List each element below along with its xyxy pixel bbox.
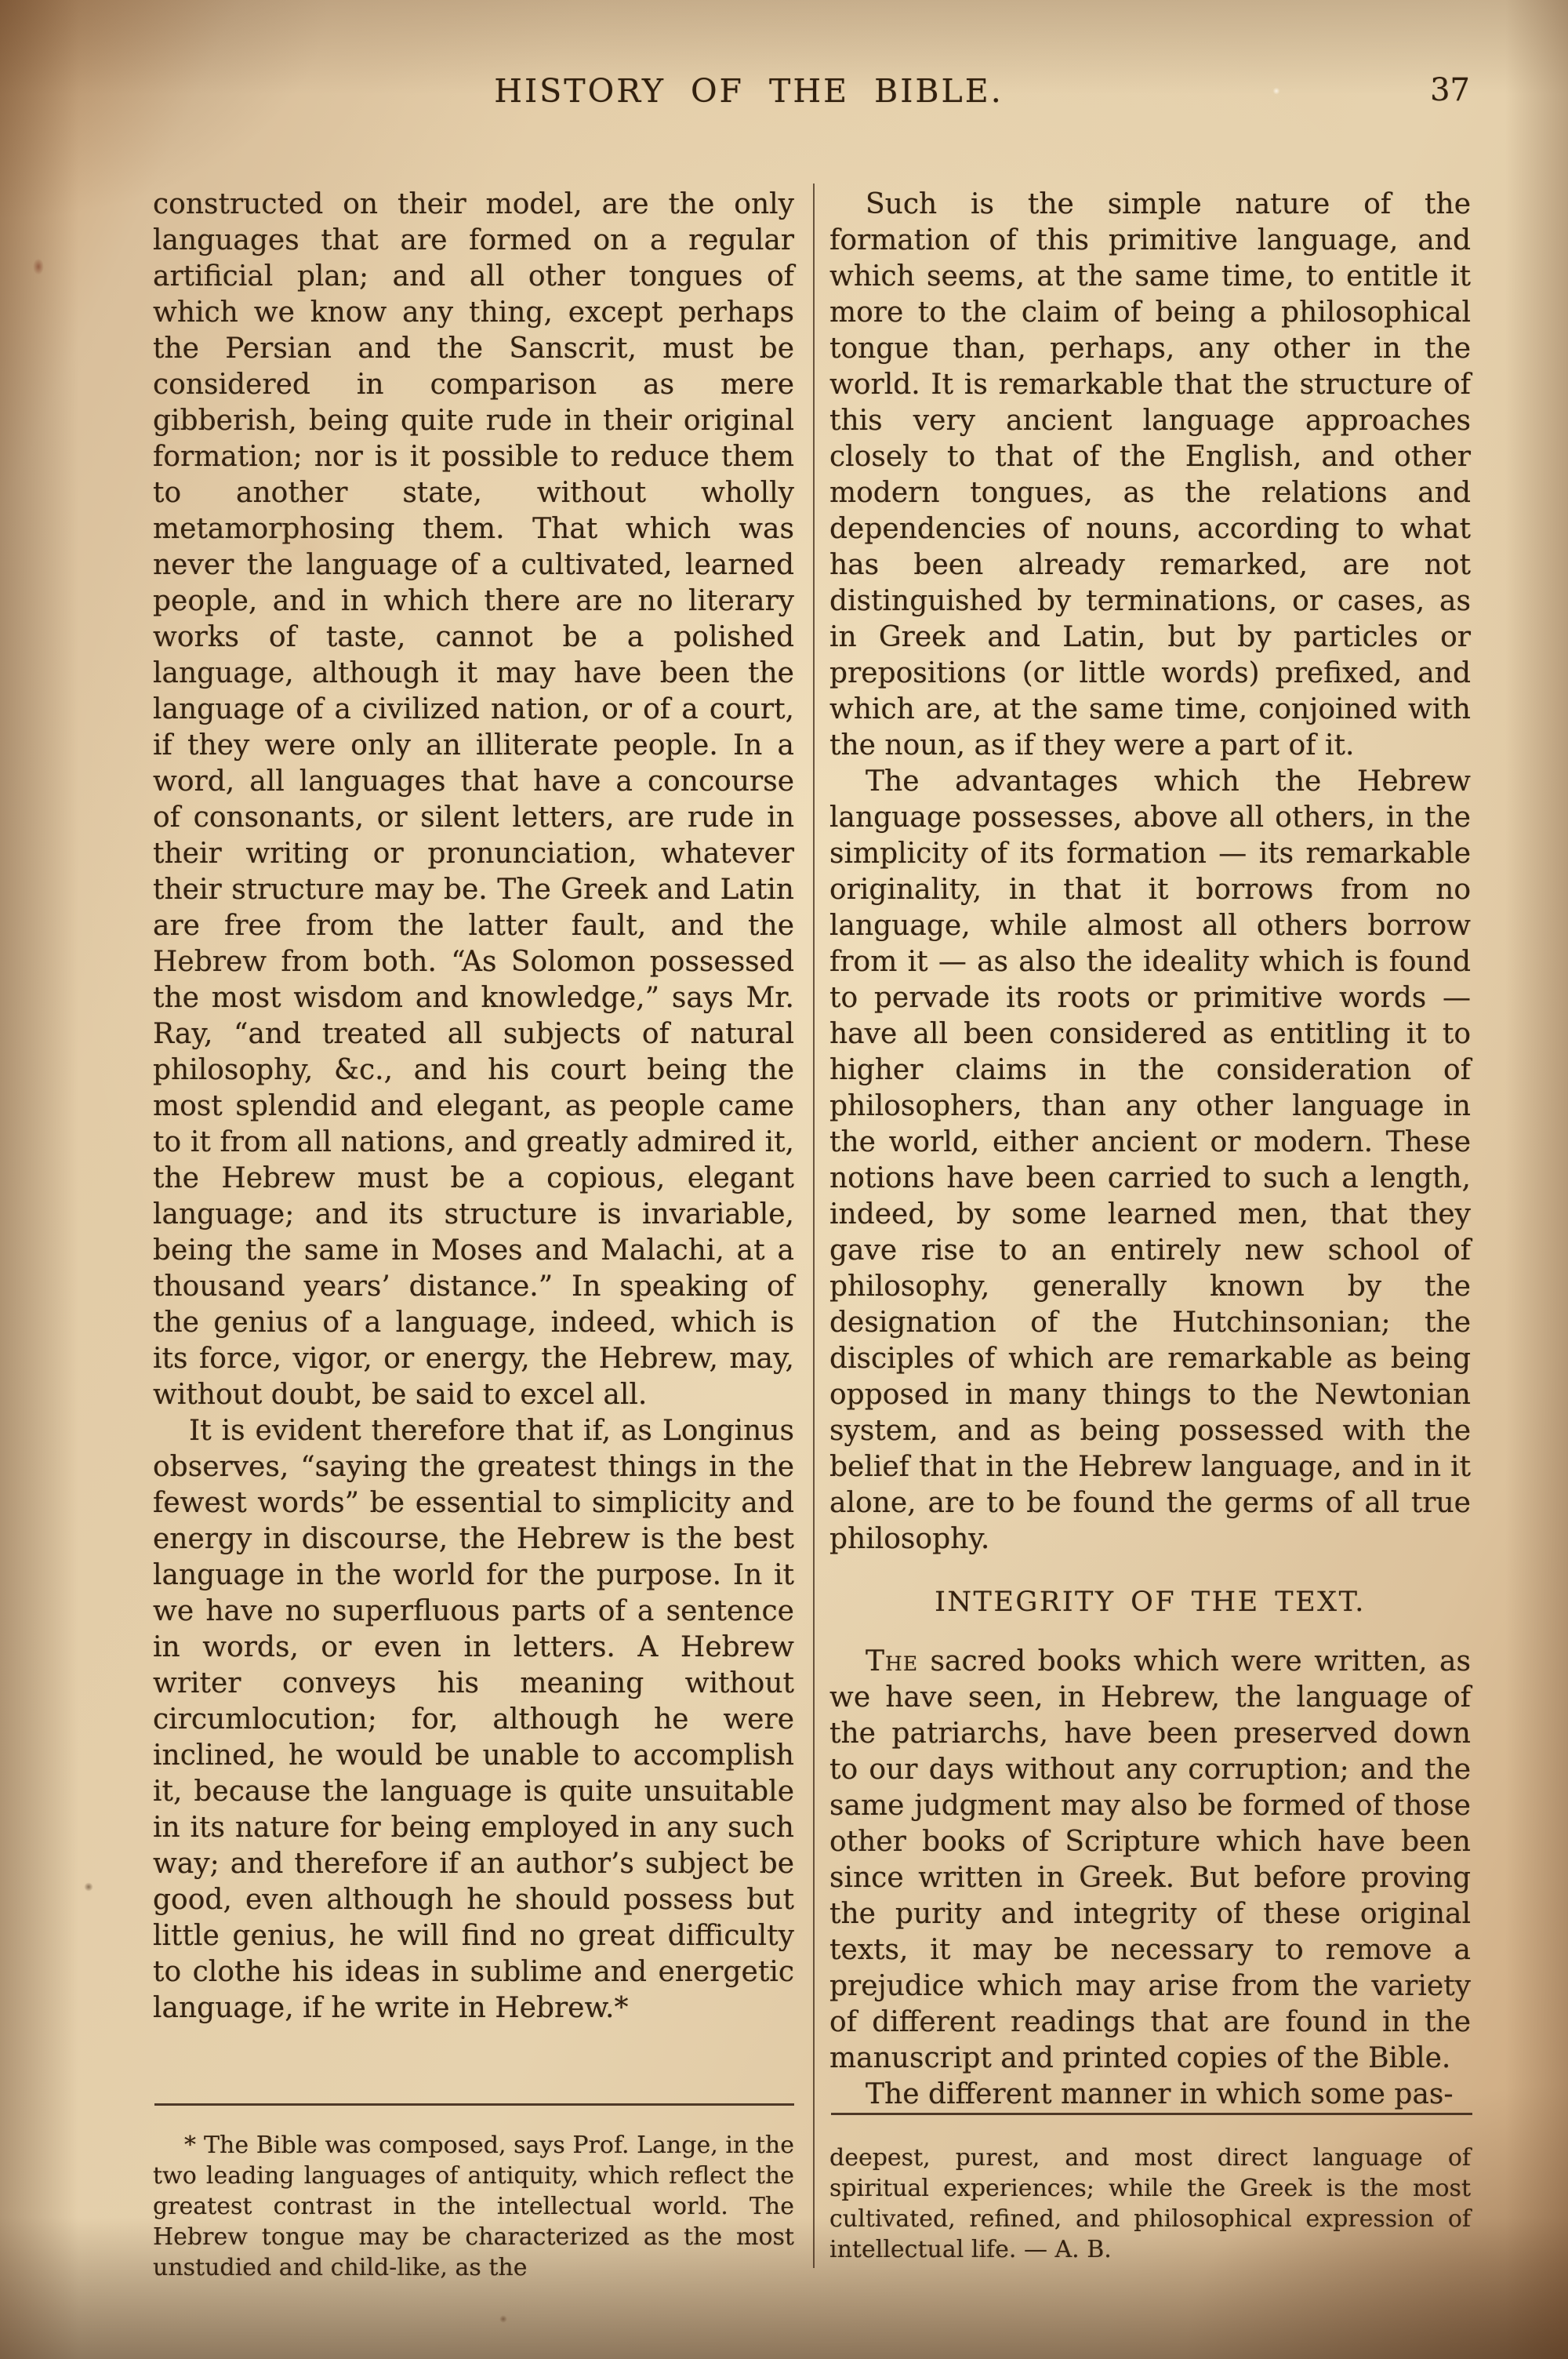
- column-divider-rule: [813, 184, 815, 2268]
- footnote-right: deepest, purest, and most direct languag…: [829, 2143, 1471, 2265]
- right-column: Such is the simple nature of the formati…: [829, 187, 1471, 2113]
- running-head: HISTORY OF THE BIBLE. 37: [153, 72, 1470, 127]
- paragraph: The different manner in which some pas-: [829, 2077, 1471, 2113]
- footnote-text: The Bible was composed, says Prof. Lange…: [153, 2132, 794, 2281]
- paragraph: The sacred books which were written, as …: [829, 1644, 1471, 2077]
- lead-word-smallcaps: The: [866, 1645, 918, 1677]
- footnote-separator-left: [154, 2103, 794, 2106]
- footnote-left: *The Bible was composed, says Prof. Lang…: [153, 2130, 794, 2283]
- paragraph: It is evident therefore that if, as Long…: [153, 1413, 794, 2026]
- paragraph-text: sacred books which were written, as we h…: [829, 1645, 1471, 2074]
- page-number: 37: [1430, 72, 1470, 108]
- footnote-asterisk: *: [184, 2132, 204, 2159]
- footnote-text: deepest, purest, and most direct languag…: [829, 2143, 1471, 2265]
- paragraph: Such is the simple nature of the formati…: [829, 187, 1471, 764]
- running-title: HISTORY OF THE BIBLE.: [153, 72, 1345, 110]
- section-heading: INTEGRITY OF THE TEXT.: [829, 1584, 1471, 1620]
- left-column: constructed on their model, are the only…: [153, 187, 794, 2026]
- paragraph: The advantages which the Hebrew language…: [829, 764, 1471, 1558]
- footnote-separator-right: [831, 2113, 1472, 2115]
- book-page: HISTORY OF THE BIBLE. 37 constructed on …: [0, 0, 1568, 2359]
- paragraph: constructed on their model, are the only…: [153, 187, 794, 1413]
